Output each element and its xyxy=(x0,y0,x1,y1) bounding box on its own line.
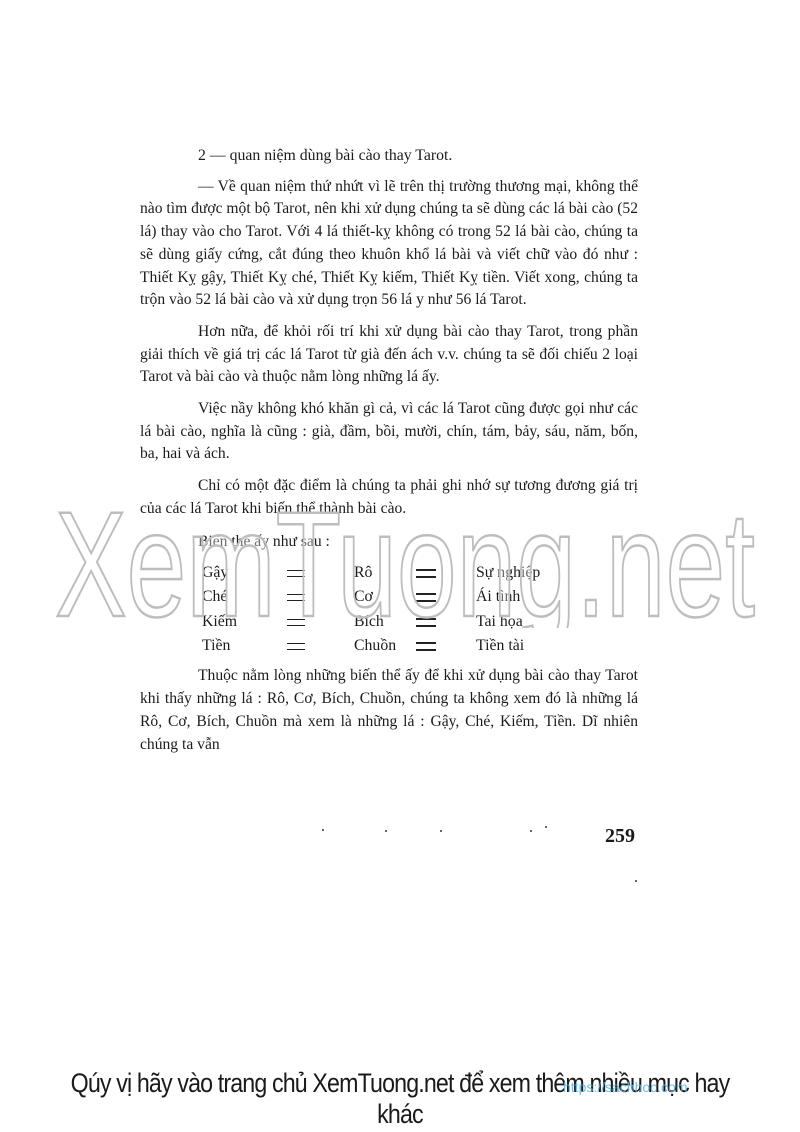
suit-meaning: Tiền tài xyxy=(476,634,540,658)
scanned-book-page: 2 — quan niệm dùng bài cào thay Tarot. —… xyxy=(0,0,800,1132)
section-heading: 2 — quan niệm dùng bài cào thay Tarot. xyxy=(140,145,638,168)
table-row: Tiền Chuồn Tiền tài xyxy=(202,634,540,658)
page-number: 259 xyxy=(605,825,635,848)
tarot-suit: Kiếm xyxy=(202,610,287,634)
suit-meaning: Sự nghiệp xyxy=(476,561,540,585)
equals-icon xyxy=(416,586,476,610)
suit-equivalence-table: Gậy Rô Sự nghiệp Ché Cơ Ái tình Kiếm Bí xyxy=(202,561,540,658)
paragraph-1: — Về quan niệm thứ nhứt vì lẽ trên thị t… xyxy=(140,176,638,312)
scan-speck xyxy=(440,830,442,832)
scan-speck xyxy=(385,830,387,832)
equals-icon xyxy=(416,610,476,634)
equals-icon xyxy=(287,586,354,610)
table-intro: Biến thể ấy như sau : xyxy=(140,531,638,554)
paragraph-4: Chỉ có một đặc điểm là chúng ta phải ghi… xyxy=(140,475,638,520)
scan-speck xyxy=(322,829,324,831)
playing-card-suit: Rô xyxy=(354,561,416,585)
page-body: 2 — quan niệm dùng bài cào thay Tarot. —… xyxy=(140,145,638,765)
suit-meaning: Ái tình xyxy=(476,586,540,610)
tarot-suit: Ché xyxy=(202,586,287,610)
playing-card-suit: Bích xyxy=(354,610,416,634)
playing-card-suit: Chuồn xyxy=(354,634,416,658)
tarot-suit: Gậy xyxy=(202,561,287,585)
equals-icon xyxy=(287,561,354,585)
suit-meaning: Tai họa xyxy=(476,610,540,634)
paragraph-2: Hơn nữa, để khỏi rối trí khi xử dụng bài… xyxy=(140,321,638,389)
equals-icon xyxy=(416,561,476,585)
footer-promo-text: Qúy vị hãy vào trang chủ XemTuong.net để… xyxy=(56,1068,744,1130)
table-row: Gậy Rô Sự nghiệp xyxy=(202,561,540,585)
equals-icon xyxy=(287,634,354,658)
table-row: Ché Cơ Ái tình xyxy=(202,586,540,610)
scan-speck xyxy=(530,830,532,832)
paragraph-3: Việc nầy không khó khăn gì cả, vì các lá… xyxy=(140,398,638,466)
closing-paragraph: Thuộc nằm lòng những biến thể ấy để khi … xyxy=(140,665,638,756)
playing-card-suit: Cơ xyxy=(354,586,416,610)
scan-speck xyxy=(545,826,547,828)
tarot-suit: Tiền xyxy=(202,634,287,658)
table-row: Kiếm Bích Tai họa xyxy=(202,610,540,634)
equals-icon xyxy=(416,634,476,658)
scan-speck xyxy=(635,880,637,882)
equals-icon xyxy=(287,610,354,634)
footer-overlay-link[interactable]: https://sachhoc.com xyxy=(563,1079,688,1095)
